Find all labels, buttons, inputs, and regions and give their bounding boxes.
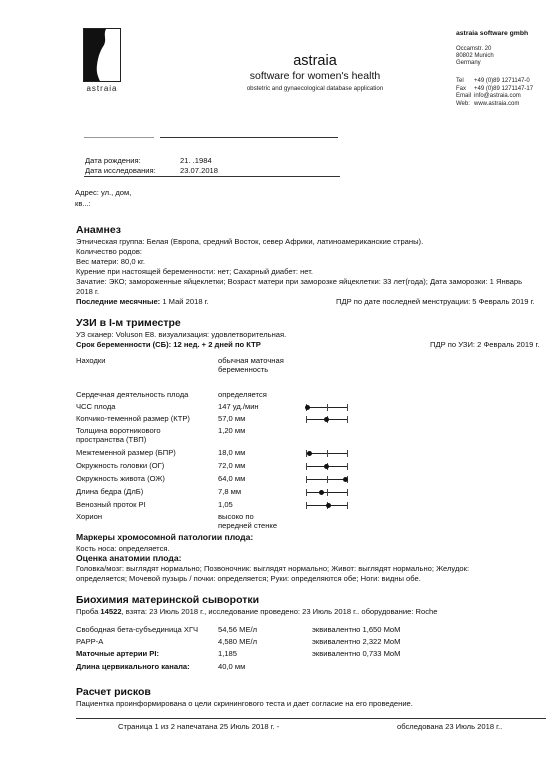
- finding-row: Толщина воротникового пространства (ТВП)…: [76, 426, 546, 446]
- range-indicator: [306, 416, 348, 423]
- value-marker-icon: [319, 490, 324, 495]
- exam-date-label: Дата исследования:: [85, 166, 156, 175]
- range-indicator: [306, 450, 348, 457]
- range-indicator: [306, 489, 348, 496]
- births-count: Количество родов:: [76, 247, 142, 256]
- scanner-info: УЗ сканер: Voluson E8. визуализация: удо…: [76, 330, 286, 339]
- finding-row: Находки обычная маточная беременность: [76, 356, 546, 386]
- pregnant-silhouette-icon: [84, 29, 120, 81]
- conception-info-cont: 2018 г.: [76, 287, 99, 296]
- value-marker-icon: [324, 417, 329, 422]
- risk-text: Пациентка проинформирована о цели скрини…: [76, 699, 413, 708]
- range-indicator: [306, 463, 348, 470]
- markers-heading: Маркеры хромосомной патологии плода:: [76, 532, 253, 543]
- brand-description: obstetric and gynaecological database ap…: [190, 85, 440, 93]
- value-marker-icon: [326, 503, 331, 508]
- sample-id: 14522: [100, 607, 121, 616]
- biochemistry-heading: Биохимия материнской сыворотки: [76, 594, 259, 607]
- address-line: 80802 Munich: [456, 53, 494, 60]
- ultrasound-heading: УЗИ в I-м триместре: [76, 317, 181, 330]
- company-name: astraia software gmbh: [456, 30, 528, 38]
- edd-by-ultrasound: ПДР по УЗИ: 2 Февраль 2019 г.: [430, 340, 539, 349]
- risk-heading: Расчет рисков: [76, 686, 151, 699]
- header-divider: [160, 137, 338, 138]
- brand-title: astraia: [200, 52, 430, 70]
- logo-caption: astraia: [80, 84, 124, 94]
- contact-fax: Fax+49 (0)89 1271147-17: [456, 86, 533, 94]
- mother-weight: Вес матери: 80,0 кг.: [76, 257, 145, 266]
- lmp-value: 1 Май 2018 г.: [162, 297, 208, 306]
- range-indicator: [306, 404, 348, 411]
- birth-date-value: 21. .1984: [180, 156, 212, 165]
- edd-by-lmp: ПДР по дате последней менструации: 5 Фев…: [336, 297, 535, 306]
- footer-divider: [76, 718, 546, 719]
- patient-divider: [84, 176, 340, 177]
- footer-exam-date: обследована 23 Июль 2018 г..: [397, 722, 502, 731]
- anatomy-text-cont: определяется; Мочевой пузырь / почки: оп…: [76, 574, 421, 583]
- ethnic-group: Этническая группа: Белая (Европа, средни…: [76, 237, 423, 246]
- value-marker-icon: [324, 464, 329, 469]
- finding-row: Хорион высоко по передней стенке: [76, 512, 546, 532]
- range-indicator: [306, 476, 348, 483]
- contact-tel: Tel+49 (0)89 1271147-0: [456, 78, 533, 86]
- company-contacts: Tel+49 (0)89 1271147-0 Fax+49 (0)89 1271…: [456, 78, 533, 108]
- address-line-2: кв...:: [75, 199, 91, 208]
- astraia-logo: [83, 28, 121, 82]
- redacted-line: [84, 137, 154, 138]
- value-marker-icon: [305, 405, 310, 410]
- footer-page-info: Страница 1 из 2 напечатана 25 Июль 2018 …: [118, 722, 279, 731]
- value-marker-icon: [307, 451, 312, 456]
- sample-info: Проба 14522, взята: 23 Июль 2018 г., исс…: [76, 607, 437, 616]
- birth-date-label: Дата рождения:: [85, 156, 141, 165]
- smoking-diabetes: Курение при настоящей беременности: нет;…: [76, 267, 313, 276]
- anamnesis-heading: Анамнез: [76, 224, 121, 237]
- brand-subtitle: software for women's health: [190, 70, 440, 83]
- address-line: Germany: [456, 60, 494, 67]
- contact-web: Web:www.astraia.com: [456, 101, 533, 109]
- exam-date-value: 23.07.2018: [180, 166, 218, 175]
- range-indicator: [306, 502, 348, 509]
- lmp-label: Последние месячные:: [76, 297, 160, 306]
- conception-info: Зачатие: ЭКО; замороженные яйцеклетки; В…: [76, 277, 522, 286]
- address-line: Occamstr. 20: [456, 46, 494, 53]
- company-address: Occamstr. 20 80802 Munich Germany: [456, 46, 494, 68]
- contact-email: Emailinfo@astraia.com: [456, 93, 533, 101]
- lmp: Последние месячные: 1 Май 2018 г.: [76, 297, 209, 306]
- anatomy-text: Головка/мозг: выглядят нормально; Позвон…: [76, 564, 469, 573]
- value-marker-icon: [343, 477, 348, 482]
- address-line-1: Адрес: ул., дом,: [75, 188, 131, 197]
- anatomy-heading: Оценка анатомии плода:: [76, 553, 181, 564]
- gestational-age: Срок беременности (СБ): 12 нед. + 2 дней…: [76, 340, 261, 349]
